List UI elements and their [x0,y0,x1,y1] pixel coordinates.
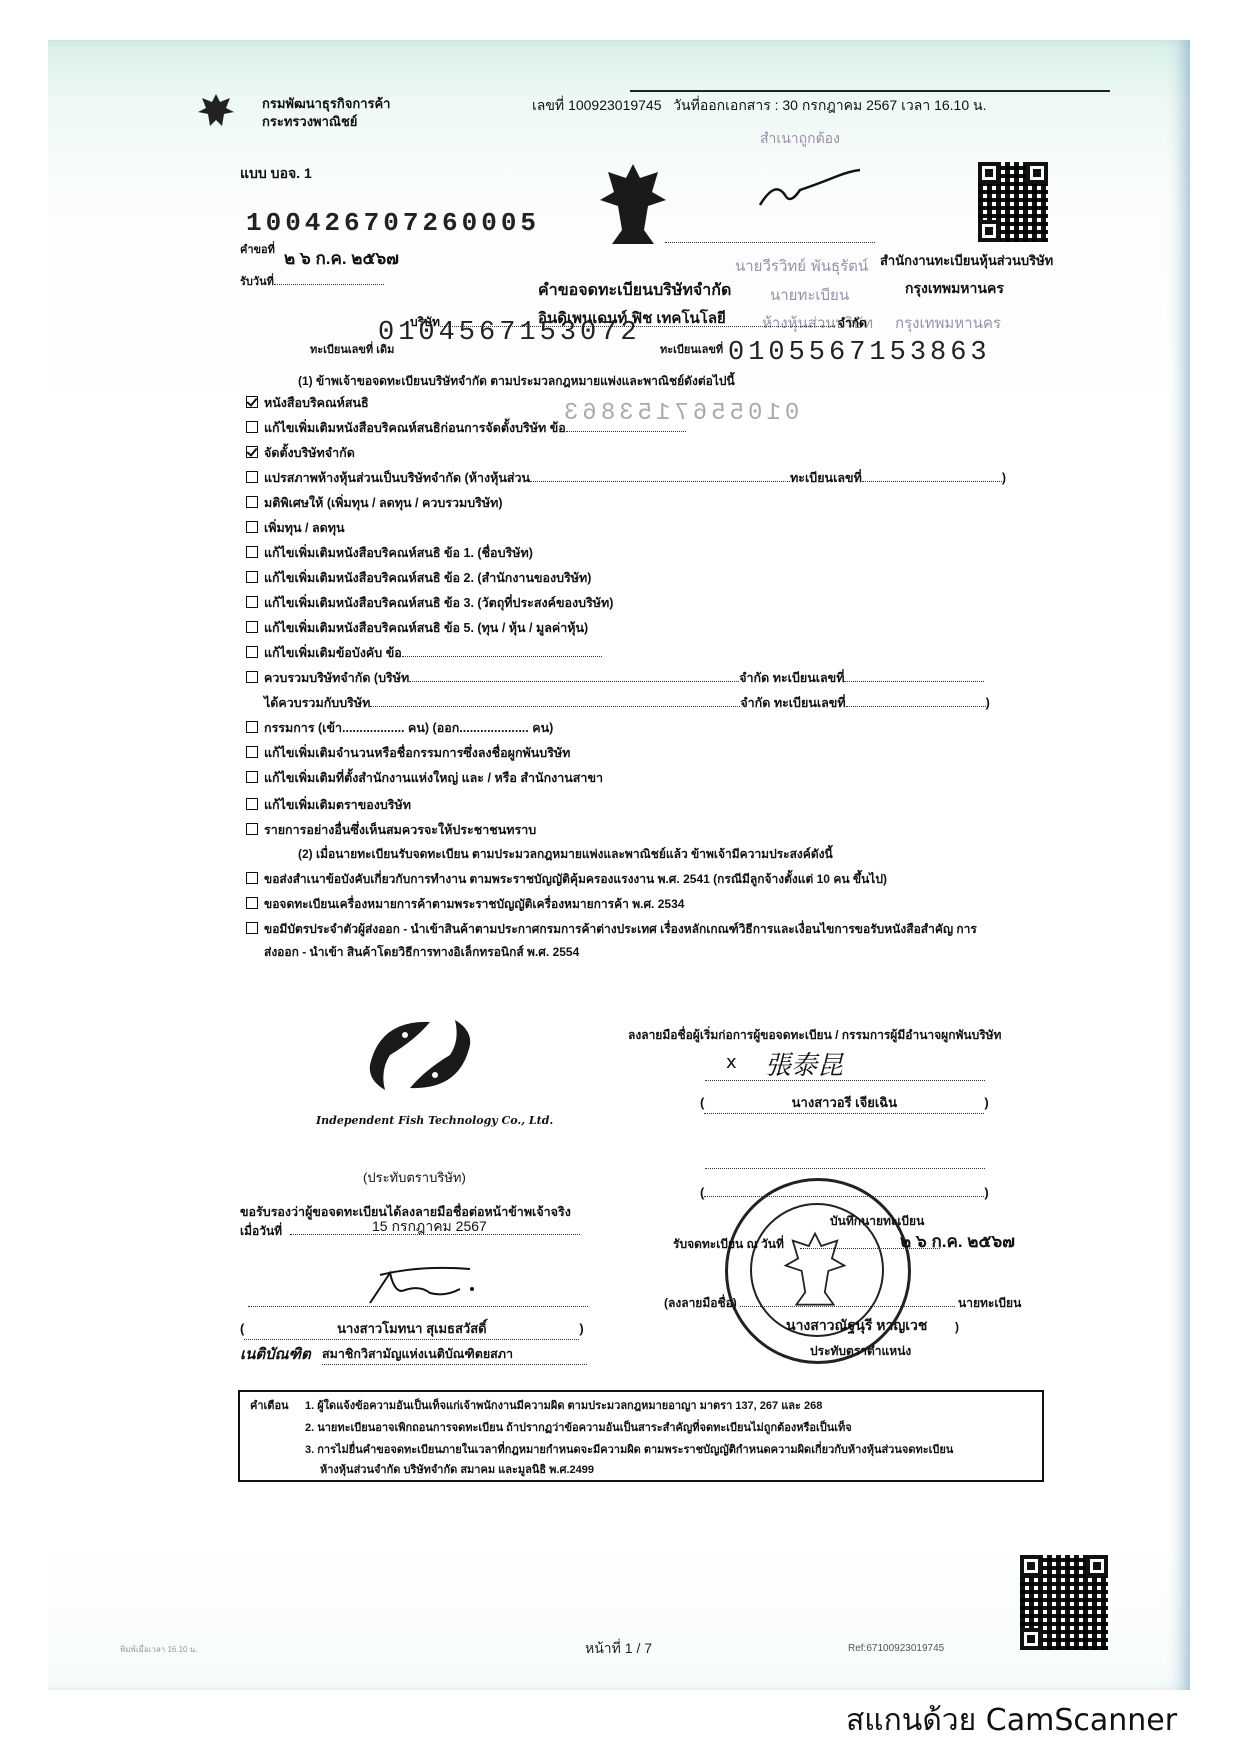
qr-code-bottom [1020,1555,1108,1650]
request-label: คำขอที่ [240,240,275,258]
section1-title: (1) ข้าพเจ้าขอจดทะเบียนบริษัทจำกัด ตามปร… [298,372,735,391]
checkbox-company-seal[interactable]: แก้ไขเพิ่มเติมตราของบริษัท [246,795,411,815]
checkbox-icon[interactable] [246,521,258,533]
garuda-seal-icon [598,160,668,250]
export-import-line2: ส่งออก - นำเข้า สินค้าโดยวิธีการทางอิเล็… [264,943,579,962]
checkbox-icon[interactable] [246,671,258,683]
checkbox-icon[interactable] [246,798,258,810]
signature-line [705,1080,985,1081]
office-label: สำนักงานทะเบียนหุ้นส่วนบริษัท [880,250,1053,271]
applicant-signature-heading: ลงลายมือชื่อผู้เริ่มก่อการผู้ขอจดทะเบียน… [628,1026,1001,1045]
applicant-signature: 張泰昆 [765,1045,843,1082]
registrar-stamp-name: นายวีรวิทย์ พันธุรัตน์ [735,254,868,278]
qr-code-top [978,162,1048,242]
ministry-name: กระทรวงพาณิชย์ [262,111,357,132]
header-rule [630,90,1110,92]
received-date-stamp: ๒ ๖ ก.ค. ๒๕๖๗ [284,245,399,272]
checkbox-checked-icon[interactable] [246,446,258,458]
warning-item-2: 2. นายทะเบียนอาจเพิกถอนการจดทะเบียน ถ้าป… [305,1418,852,1436]
registrar-line [705,1168,985,1169]
office-value: กรุงเทพมหานคร [905,278,1004,300]
checkbox-amend-clause-1[interactable]: แก้ไขเพิ่มเติมหนังสือบริคณห์สนธิ ข้อ 1. … [246,543,533,563]
issue-time: 16.10 น. [934,97,986,113]
lawyer-name-row: (นางสาวโมทนา สุเมธสวัสดิ์) [240,1318,584,1340]
company-suffix: จำกัด [838,314,867,333]
warning-item-3-line2: ห้างหุ้นส่วนจำกัด บริษัทจำกัด สมาคม และม… [320,1460,594,1478]
registrar-seal-label: ประทับตราตำแหน่ง [810,1342,911,1361]
time-label: เวลา [901,97,930,113]
section2-title: (2) เมื่อนายทะเบียนรับจดทะเบียน ตามประมว… [298,845,833,864]
request-number: 100426707260005 [246,208,540,238]
checkbox-icon[interactable] [246,571,258,583]
approval-signature [755,165,865,219]
new-reg-label: ทะเบียนเลขที่ [660,340,723,358]
lawyer-signature-line [248,1306,588,1307]
checkbox-icon[interactable] [246,823,258,835]
checkbox-other-items[interactable]: รายการอย่างอื่นซึ่งเห็นสมควรจะให้ประชาชน… [246,820,536,840]
checkbox-icon[interactable] [246,596,258,608]
document-meta: เลขที่ 100923019745 วันที่ออกเอกสาร : 30… [532,95,986,117]
page-indicator: หน้าที่ 1 / 7 [585,1638,652,1660]
applicant-name: นางสาวอรี เจียเฉิน [704,1092,984,1114]
certification-date-label: เมื่อวันที่ [240,1222,282,1241]
printed-at: พิมพ์เมื่อเวลา 16.10 น. [120,1643,197,1656]
checkbox-establish-company[interactable]: จัดตั้งบริษัทจำกัด [246,443,355,463]
applicant-name-row: (นางสาวอรี เจียเฉิน) [700,1092,989,1114]
doc-number: 100923019745 [568,97,661,113]
checkbox-head-office[interactable]: แก้ไขเพิ่มเติมที่ตั้งสำนักงานแห่งใหญ่ แล… [246,768,603,788]
lawyer-title: สมาชิกวิสามัญแห่งเนติบัณฑิตยสภา [322,1344,587,1365]
company-seal-label: (ประทับตราบริษัท) [363,1167,466,1188]
checkbox-merger[interactable]: ควบรวมบริษัทจำกัด (บริษัทจำกัด ทะเบียนเล… [246,668,984,688]
registrar-received-label: รับจดทะเบียน ณ วันที่ [673,1235,784,1254]
registrar-sign-line [740,1306,955,1307]
registrar-stamp-city: กรุงเทพมหานคร [895,311,1001,335]
checkbox-icon[interactable] [246,872,258,884]
checkbox-amend-bylaws[interactable]: แก้ไขเพิ่มเติมข้อบังคับ ข้อ [246,643,602,663]
checkbox-amend-clause-5[interactable]: แก้ไขเพิ่มเติมหนังสือบริคณห์สนธิ ข้อ 5. … [246,618,588,638]
reference-number: Ref:6710092301974​5 [848,1643,944,1654]
checkbox-work-regulations[interactable]: ขอส่งสำเนาข้อบังคับเกี่ยวกับการทำงาน ตาม… [246,870,887,889]
checkbox-icon[interactable] [246,646,258,658]
registrar-stamp-title: นายทะเบียน [770,283,849,307]
form-code: แบบ บอจ. 1 [240,163,312,185]
checkbox-trademark[interactable]: ขอจดทะเบียนเครื่องหมายการค้าตามพระราชบัญ… [246,895,684,914]
checkbox-memorandum[interactable]: หนังสือบริคณห์สนธิ [246,393,369,413]
checkbox-directors[interactable]: กรรมการ (เข้า.................. คน) (ออก… [246,718,553,738]
checkbox-icon[interactable] [246,721,258,733]
registrar-name-close: ) [955,1320,959,1334]
warning-item-3: 3. การไม่ยื่นคำขอจดทะเบียนภายในเวลาที่กฎ… [305,1440,953,1458]
issue-date-label: วันที่ออกเอกสาร : [673,97,778,113]
checkbox-icon[interactable] [246,421,258,433]
doc-number-label: เลขที่ [532,97,564,113]
checkbox-special-resolution[interactable]: มติพิเศษให้ (เพิ่มทุน / ลดทุน / ควบรวมบร… [246,493,503,513]
checkbox-authorized-directors[interactable]: แก้ไขเพิ่มเติมจำนวนหรือชื่อกรรมการซึ่งลง… [246,743,570,763]
checkbox-amend-clause-3[interactable]: แก้ไขเพิ่มเติมหนังสือบริคณห์สนธิ ข้อ 3. … [246,593,613,613]
checkbox-icon[interactable] [246,546,258,558]
warning-item-1: 1. ผู้ใดแจ้งข้อความอันเป็นเท็จแก่เจ้าพนั… [305,1396,822,1414]
form-title: คำขอจดทะเบียนบริษัทจำกัด [538,278,731,303]
old-registration-number: 0104567153072 [378,318,641,348]
registrar-sign-label: (ลงลายมือชื่อ) [664,1294,737,1313]
registrar-sign-suffix: นายทะเบียน [958,1294,1021,1313]
lawyer-stamp: เนติบัณฑิต [240,1342,311,1366]
checkbox-icon[interactable] [246,922,258,934]
checkbox-icon[interactable] [246,471,258,483]
new-registration-number: 0105567153863 [728,338,991,368]
camscanner-watermark: สแกนด้วย CamScanner [846,1697,1177,1744]
warning-label: คำเตือน [250,1396,289,1414]
issue-date: 30 กรกฎาคม 2567 [782,97,897,113]
certified-copy-stamp: สำเนาถูกต้อง [760,128,840,150]
checkbox-icon[interactable] [246,897,258,909]
garuda-emblem-icon [196,92,236,130]
company-seal-caption: Independent Fish Technology Co., Ltd. [316,1114,553,1127]
checkbox-export-import-card[interactable]: ขอมีบัตรประจำตัวผู้ส่งออก - นำเข้าสินค้า… [246,920,977,939]
registrar-received-date: ๒ ๖ ก.ค. ๒๕๖๗ [900,1228,1015,1255]
checkbox-icon[interactable] [246,771,258,783]
checkbox-checked-icon[interactable] [246,396,258,408]
checkbox-convert-partnership[interactable]: แปรสภาพห้างหุ้นส่วนเป็นบริษัทจำกัด (ห้าง… [246,468,1006,488]
received-label: รับวันที่ [240,272,384,290]
registrar-name: นางสาวณัฐนุรี หาญเวช [786,1315,927,1337]
checkbox-capital-change[interactable]: เพิ่มทุน / ลดทุน [246,518,345,538]
lawyer-name: นางสาวโมทนา สุเมธสวัสดิ์ [244,1318,579,1340]
dotted-line [665,242,875,243]
fish-logo-icon [360,1010,480,1104]
garuda-seal-small-icon [780,1230,850,1314]
merger-with-line: ได้ควบรวมกับบริษัทจำกัด ทะเบียนเลขที่) [264,693,990,713]
signature-mark: x [726,1052,737,1073]
checkbox-icon[interactable] [246,746,258,758]
checkbox-icon[interactable] [246,496,258,508]
checkbox-amend-before-setup[interactable]: แก้ไขเพิ่มเติมหนังสือบริคณห์สนธิก่อนการจ… [246,418,686,438]
checkbox-icon[interactable] [246,621,258,633]
certification-date: 15 กรกฎาคม 2567 [372,1216,487,1238]
checkbox-amend-clause-2[interactable]: แก้ไขเพิ่มเติมหนังสือบริคณห์สนธิ ข้อ 2. … [246,568,591,588]
